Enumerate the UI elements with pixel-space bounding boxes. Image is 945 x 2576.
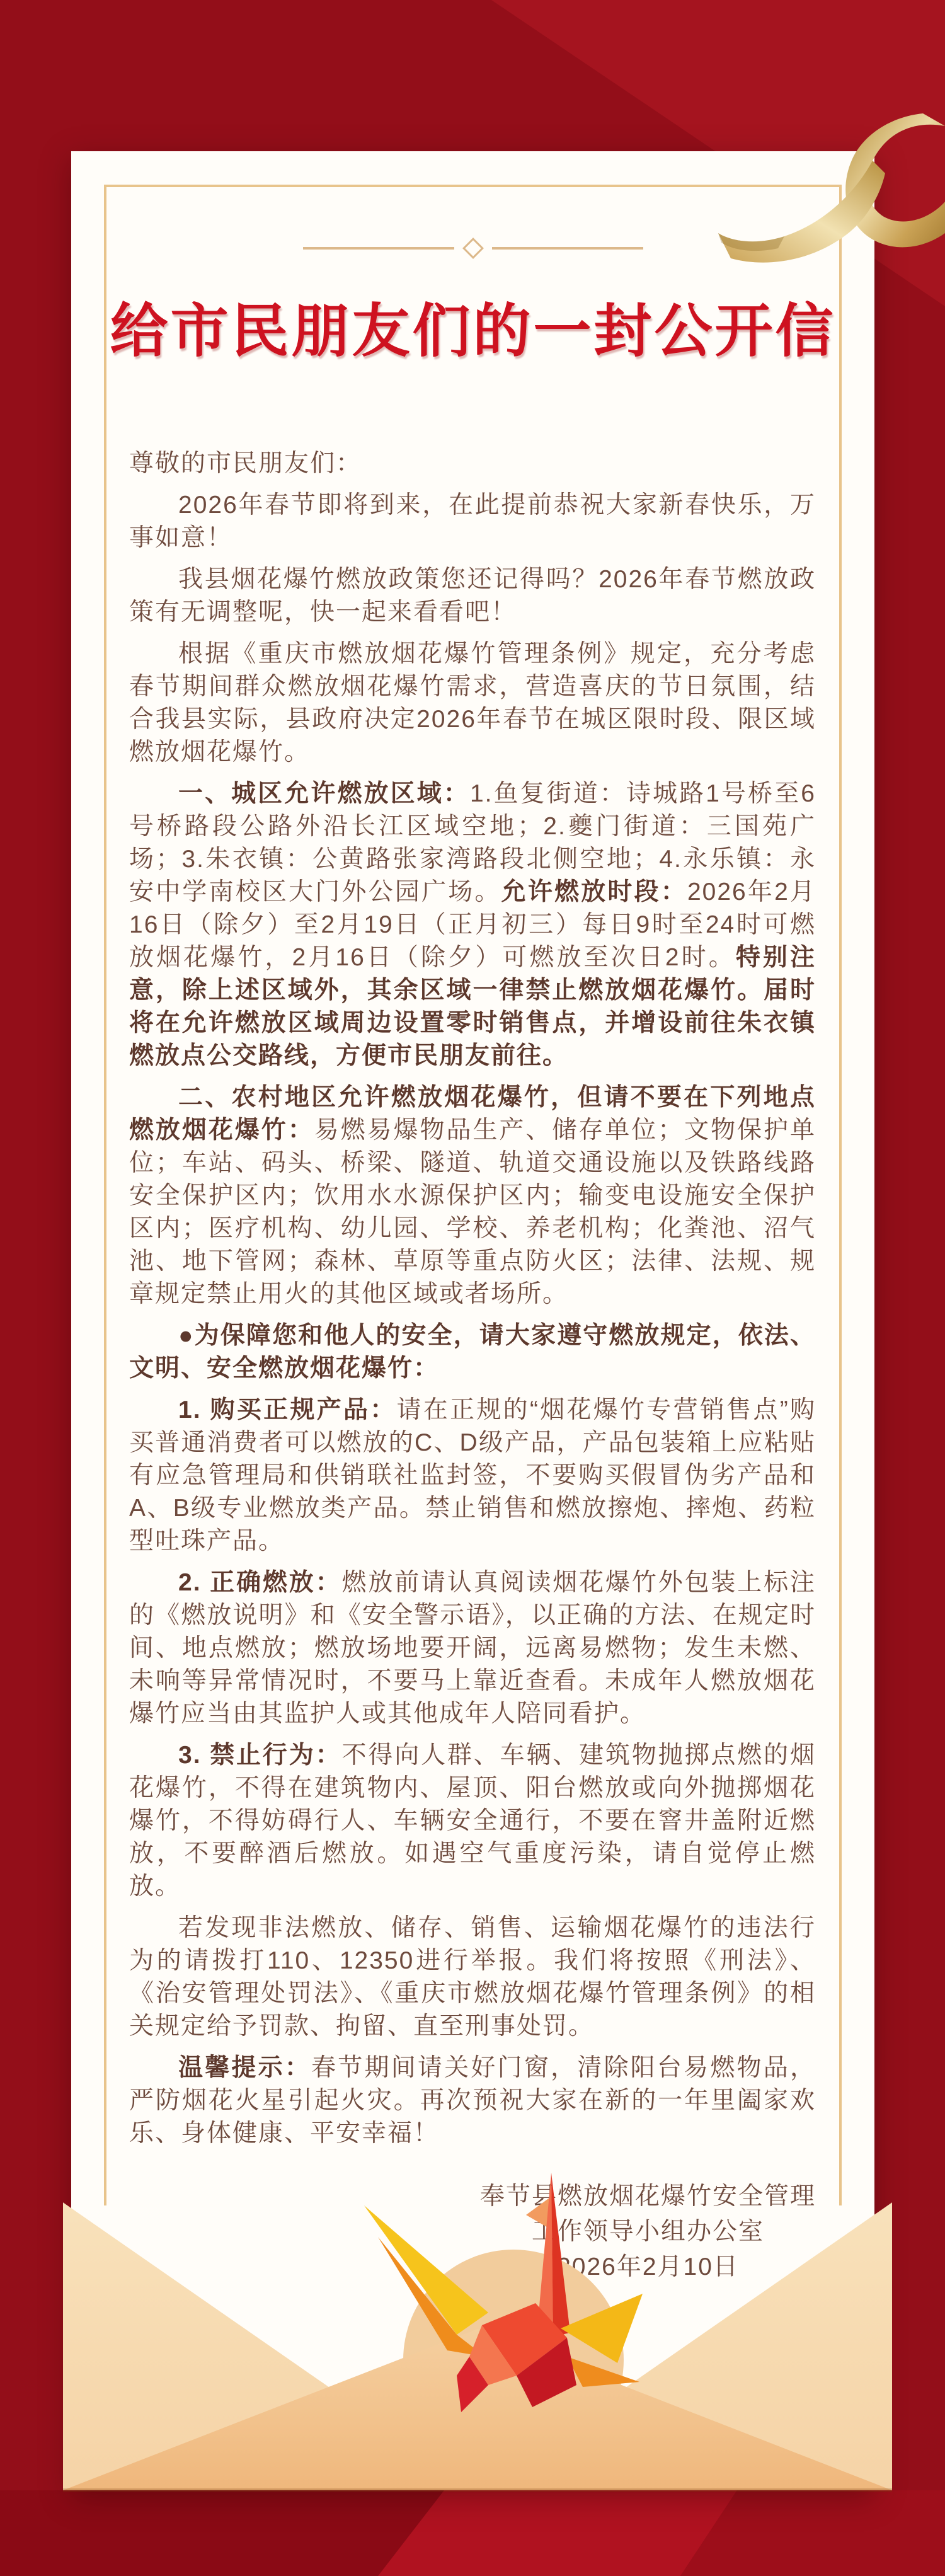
paragraph-run-bold: 温馨提示：	[178, 2054, 311, 2081]
paragraph: 温馨提示：春节期间请关好门窗，清除阳台易燃物品，严防烟花火星引起火灾。再次预祝大…	[129, 2052, 816, 2150]
paragraph-run-bold: 允许燃放时段：	[501, 878, 687, 906]
paragraph-run: 根据《重庆市燃放烟花爆竹管理条例》规定，充分考虑春节期间群众燃放烟花爆竹需求，营…	[129, 640, 816, 766]
diamond-ornament-icon	[462, 238, 484, 259]
bottom-ribbon-bands	[0, 2490, 945, 2576]
letter-body: 尊敬的市民朋友们：2026年春节即将到来，在此提前恭祝大家新春快乐，万事如意！我…	[129, 447, 816, 2285]
paragraph-run-bold: 3. 禁止行为：	[178, 1742, 341, 1769]
paper-crane-icon	[353, 2168, 680, 2420]
paragraph-run: 易燃易爆物品生产、储存单位；文物保护单位；车站、码头、桥梁、隧道、轨道交通设施以…	[129, 1117, 816, 1308]
letter-paper: 给市民朋友们的一封公开信 尊敬的市民朋友们：2026年春节即将到来，在此提前恭祝…	[71, 151, 874, 2490]
paragraph: 若发现非法燃放、储存、销售、运输烟花爆竹的违法行为的请拨打110、12350进行…	[129, 1912, 816, 2043]
paragraph-run-bold: ●为保障您和他人的安全，请大家遵守燃放规定，依法、文明、安全燃放烟花爆竹：	[129, 1322, 816, 1382]
paragraph-run: 2026年春节即将到来，在此提前恭祝大家新春快乐，万事如意！	[129, 492, 816, 551]
paragraph: 3. 禁止行为：不得向人群、车辆、建筑物抛掷点燃的烟花爆竹，不得在建筑物内、屋顶…	[129, 1739, 816, 1903]
paragraph: 2. 正确燃放：燃放前请认真阅读烟花爆竹外包装上标注的《燃放说明》和《安全警示语…	[129, 1567, 816, 1730]
paragraph: ●为保障您和他人的安全，请大家遵守燃放规定，依法、文明、安全燃放烟花爆竹：	[129, 1320, 816, 1385]
paragraph: 2026年春节即将到来，在此提前恭祝大家新春快乐，万事如意！	[129, 489, 816, 555]
divider-line-right	[492, 247, 643, 250]
paragraph: 一、城区允许燃放区域：1.鱼复街道：诗城路1号桥至6号桥路段公路外沿长江区域空地…	[129, 778, 816, 1072]
paragraph: 尊敬的市民朋友们：	[129, 447, 816, 480]
diamond-divider	[303, 241, 643, 256]
paragraph: 我县烟花爆竹燃放政策您还记得吗？2026年春节燃放政策有无调整呢，快一起来看看吧…	[129, 563, 816, 629]
paragraph-run: 若发现非法燃放、储存、销售、运输烟花爆竹的违法行为的请拨打110、12350进行…	[129, 1914, 816, 2040]
envelope-shadow	[63, 2488, 892, 2492]
paragraph: 1. 购买正规产品：请在正规的“烟花爆竹专营销售点”购买普通消费者可以燃放的C、…	[129, 1394, 816, 1558]
paragraph-run: 尊敬的市民朋友们：	[129, 450, 362, 477]
divider-line-left	[303, 247, 454, 250]
gold-ribbon-icon	[684, 113, 945, 296]
open-letter-poster: { "letter": { "title": "给市民朋友们的一封公开信", "…	[0, 0, 945, 2576]
paragraph-run-bold: 1. 购买正规产品：	[178, 1396, 397, 1423]
paragraph: 根据《重庆市燃放烟花爆竹管理条例》规定，充分考虑春节期间群众燃放烟花爆竹需求，营…	[129, 638, 816, 769]
paragraph-run-bold: 一、城区允许燃放区域：	[178, 780, 470, 807]
paragraph: 二、农村地区允许燃放烟花爆竹，但请不要在下列地点燃放烟花爆竹：易燃易爆物品生产、…	[129, 1081, 816, 1311]
page-title: 给市民朋友们的一封公开信	[71, 285, 874, 368]
paragraph-run: 我县烟花爆竹燃放政策您还记得吗？2026年春节燃放政策有无调整呢，快一起来看看吧…	[129, 566, 816, 626]
paragraph-run-bold: 2. 正确燃放：	[178, 1569, 341, 1596]
